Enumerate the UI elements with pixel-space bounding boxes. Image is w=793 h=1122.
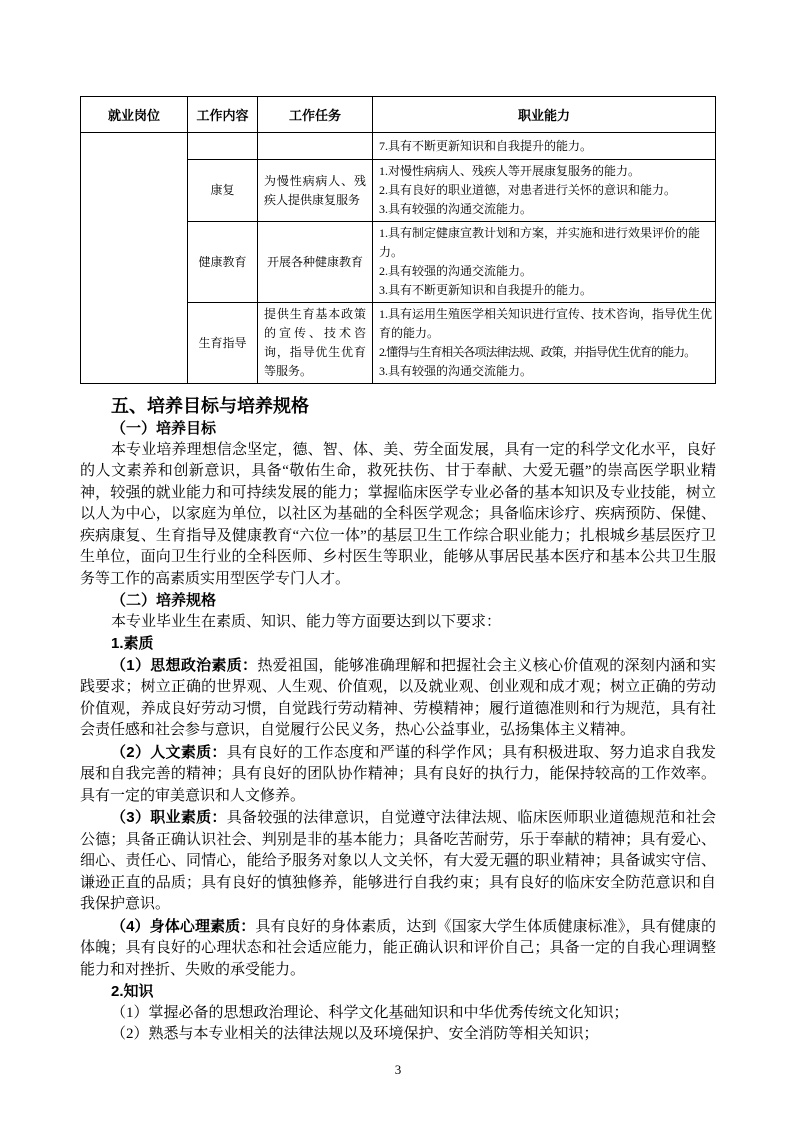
- ability-cell: 1.具有制定健康宣教计划和方案，并实施和进行效果评价的能力。 2.具有较强的沟通…: [373, 222, 716, 303]
- table-row: 7.具有不断更新知识和自我提升的能力。: [81, 133, 716, 160]
- work-content-cell: 生育指导: [188, 303, 258, 384]
- header-job-position: 就业岗位: [81, 97, 188, 133]
- quality-lead-2: （2）人文素质：: [111, 744, 227, 761]
- ability-line: 3.具有不断更新知识和自我提升的能力。: [379, 281, 712, 300]
- knowledge-heading: 2.知识: [80, 981, 716, 1003]
- header-work-content: 工作内容: [188, 97, 258, 133]
- quality-paragraph-1: （1）思想政治素质：热爱祖国，能够准确理解和把握社会主义核心价值观的深刻内涵和实…: [80, 655, 716, 742]
- work-task-cell: 开展各种健康教育: [258, 222, 373, 303]
- table-header-row: 就业岗位 工作内容 工作任务 职业能力: [81, 97, 716, 133]
- quality-heading: 1.素质: [80, 633, 716, 655]
- ability-cell: 1.对慢性病病人、残疾人等开展康复服务的能力。 2.具有良好的职业道德，对患者进…: [373, 160, 716, 222]
- page-number: 3: [80, 1062, 716, 1078]
- ability-line: 7.具有不断更新知识和自我提升的能力。: [379, 137, 712, 156]
- quality-paragraph-3: （3）职业素质：具备较强的法律意识，自觉遵守法律法规、临床医师职业道德规范和社会…: [80, 807, 716, 916]
- ability-cell: 1.具有运用生殖医学相关知识进行宣传、技术咨询，指导优生优育的能力。 2.懂得与…: [373, 303, 716, 384]
- work-content-cell: 健康教育: [188, 222, 258, 303]
- knowledge-item-2: （2）熟悉与本专业相关的法律法规以及环境保护、安全消防等相关知识；: [80, 1024, 716, 1046]
- work-content-cell: [188, 133, 258, 160]
- spec-intro-paragraph: 本专业毕业生在素质、知识、能力等方面要达到以下要求：: [80, 612, 716, 634]
- quality-lead-4: （4）身体心理素质：: [111, 918, 255, 935]
- header-professional-ability: 职业能力: [373, 97, 716, 133]
- objective-subheading: （一）培养目标: [80, 418, 716, 440]
- document-page: 就业岗位 工作内容 工作任务 职业能力 7.具有不断更新知识和自我提升的能力。 …: [0, 0, 793, 1122]
- quality-paragraph-4: （4）身体心理素质：具有良好的身体素质，达到《国家大学生体质健康标准》，具有健康…: [80, 916, 716, 982]
- ability-line: 1.对慢性病病人、残疾人等开展康复服务的能力。: [379, 162, 712, 181]
- ability-line: 3.具有较强的沟通交流能力。: [379, 362, 712, 381]
- job-position-cell: [81, 133, 188, 384]
- ability-line: 3.具有较强的沟通交流能力。: [379, 200, 712, 219]
- ability-cell: 7.具有不断更新知识和自我提升的能力。: [373, 133, 716, 160]
- ability-line: 2.具有较强的沟通交流能力。: [379, 262, 712, 281]
- ability-line: 1.具有运用生殖医学相关知识进行宣传、技术咨询，指导优生优育的能力。: [379, 305, 712, 343]
- quality-lead-3: （3）职业素质：: [111, 809, 227, 826]
- objective-paragraph: 本专业培养理想信念坚定，德、智、体、美、劳全面发展，具有一定的科学文化水平，良好…: [80, 440, 716, 591]
- quality-lead-1: （1）思想政治素质：: [111, 657, 257, 674]
- section-heading: 五、培养目标与培养规格: [80, 394, 716, 418]
- knowledge-item-1: （1）掌握必备的思想政治理论、科学文化基础知识和中华优秀传统文化知识；: [80, 1003, 716, 1025]
- work-content-cell: 康复: [188, 160, 258, 222]
- quality-paragraph-2: （2）人文素质：具有良好的工作态度和严谨的科学作风；具有积极进取、努力追求自我发…: [80, 742, 716, 808]
- header-work-task: 工作任务: [258, 97, 373, 133]
- spec-subheading: （二）培养规格: [80, 590, 716, 612]
- job-ability-table: 就业岗位 工作内容 工作任务 职业能力 7.具有不断更新知识和自我提升的能力。 …: [80, 96, 716, 384]
- work-task-cell: 提供生育基本政策的宣传、技术咨询，指导优生优育等服务。: [258, 303, 373, 384]
- ability-line: 2.懂得与生育相关各项法律法规、政策，并指导优生优育的能力。: [379, 343, 712, 362]
- ability-line: 1.具有制定健康宣教计划和方案，并实施和进行效果评价的能力。: [379, 224, 712, 262]
- work-task-cell: [258, 133, 373, 160]
- ability-line: 2.具有良好的职业道德，对患者进行关怀的意识和能力。: [379, 181, 712, 200]
- work-task-cell: 为慢性病病人、残疾人提供康复服务: [258, 160, 373, 222]
